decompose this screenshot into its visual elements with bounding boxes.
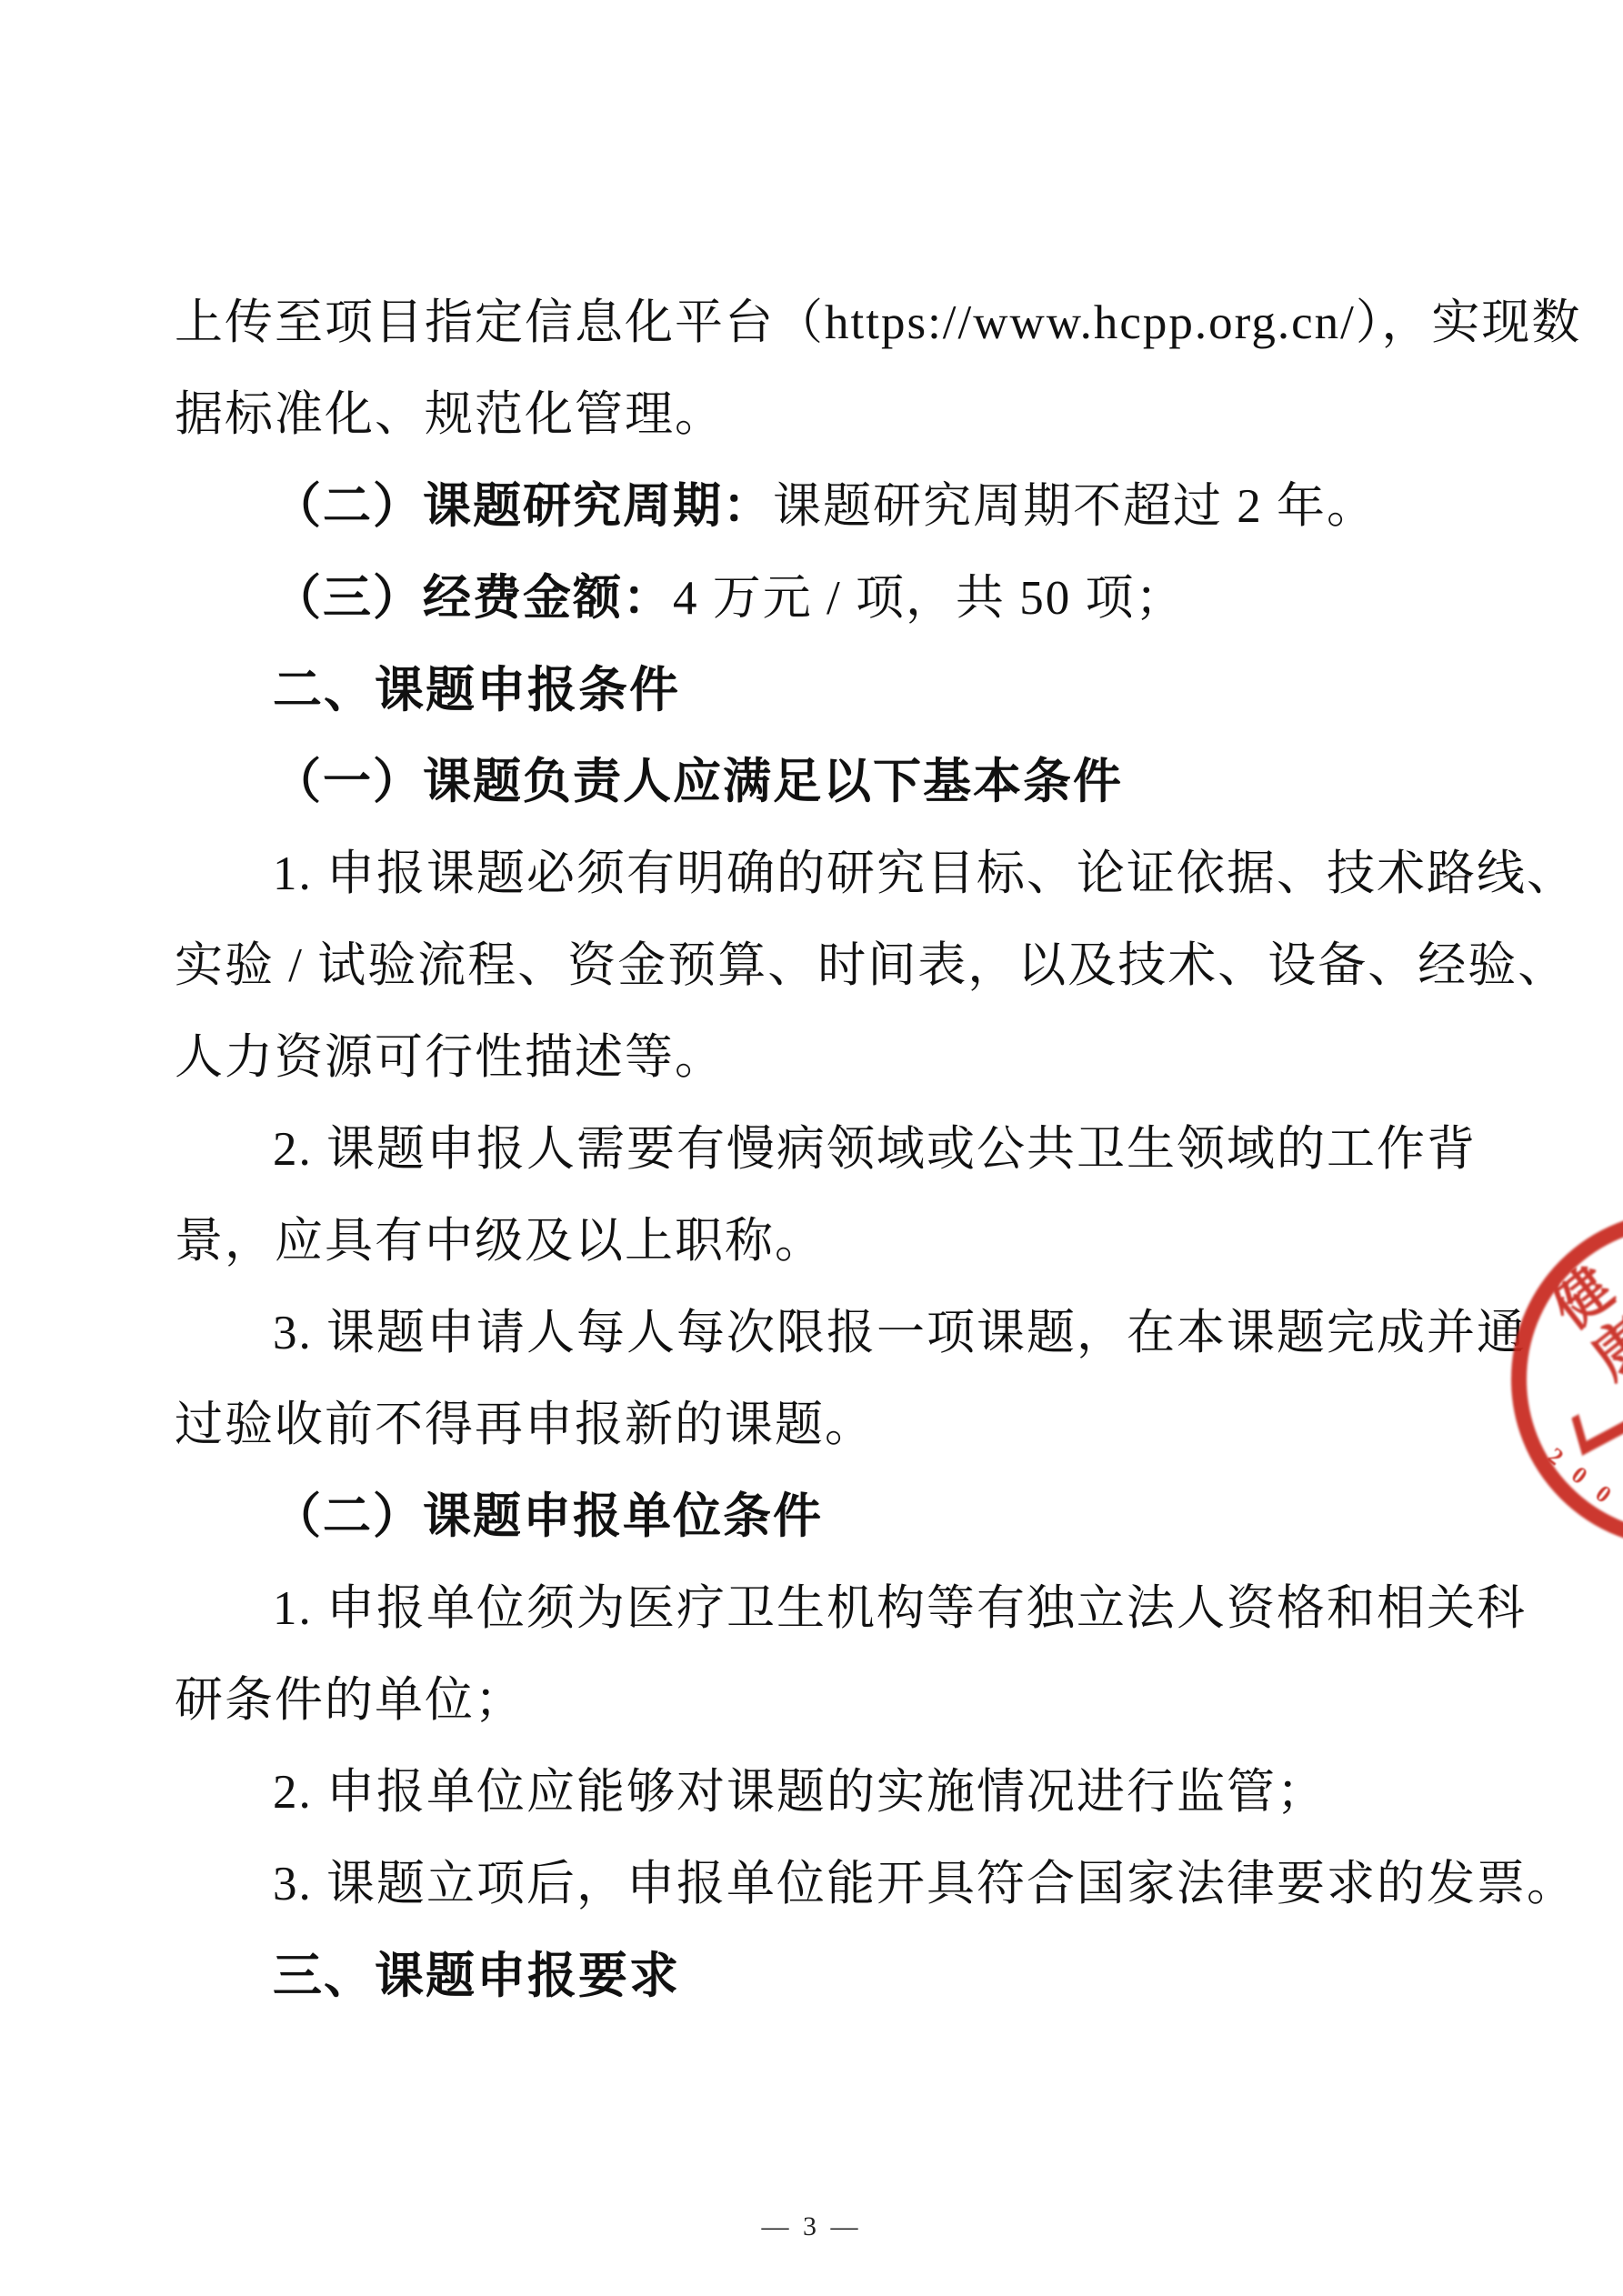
document-page: 上传至项目指定信息化平台（https://www.hcpp.org.cn/），实…	[0, 0, 1623, 2296]
funding-amount-label: （三）经费金额：	[273, 572, 673, 625]
document-body: 上传至项目指定信息化平台（https://www.hcpp.org.cn/），实…	[175, 277, 1470, 2022]
section-heading-application-requirements: 三、课题申报要求	[175, 1930, 1470, 2022]
research-period-label: （二）课题研究周期：	[273, 480, 773, 533]
section-heading-application-conditions: 二、课题申报条件	[175, 645, 1470, 737]
subheading-leader-conditions: （一）课题负责人应满足以下基本条件	[175, 737, 1470, 828]
funding-amount-text: 4 万元 / 项，共 50 项；	[673, 572, 1185, 625]
item1-leader-line2: 实验 / 试验流程、资金预算、时间表，以及技术、设备、经验、	[175, 920, 1470, 1012]
item3-unit: 3. 课题立项后，申报单位能开具符合国家法律要求的发票。	[175, 1839, 1470, 1930]
item1-leader-line3: 人力资源可行性描述等。	[175, 1012, 1470, 1104]
official-red-seal: 健康 2 0 0	[1511, 1211, 1623, 1548]
item1-unit-line2: 研条件的单位；	[175, 1655, 1470, 1747]
item3-leader-line1: 3. 课题申请人每人每次限报一项课题，在本课题完成并通	[175, 1288, 1470, 1379]
research-period-text: 课题研究周期不超过 2 年。	[773, 480, 1377, 533]
subheading-unit-conditions: （二）课题申报单位条件	[175, 1471, 1470, 1563]
item3-leader-line2: 过验收前不得再申报新的课题。	[175, 1379, 1470, 1471]
item2-unit: 2. 申报单位应能够对课题的实施情况进行监管；	[175, 1747, 1470, 1839]
paragraph-funding-amount: （三）经费金额：4 万元 / 项，共 50 项；	[175, 553, 1470, 645]
item2-leader-line1: 2. 课题申报人需要有慢病领域或公共卫生领域的工作背	[175, 1104, 1470, 1196]
paragraph-platform-line2: 据标准化、规范化管理。	[175, 369, 1470, 461]
paragraph-research-period: （二）课题研究周期：课题研究周期不超过 2 年。	[175, 461, 1470, 553]
page-number: — 3 —	[0, 2211, 1623, 2242]
item2-leader-line2: 景，应具有中级及以上职称。	[175, 1196, 1470, 1288]
paragraph-platform-line1: 上传至项目指定信息化平台（https://www.hcpp.org.cn/），实…	[175, 277, 1470, 369]
item1-unit-line1: 1. 申报单位须为医疗卫生机构等有独立法人资格和相关科	[175, 1563, 1470, 1655]
item1-leader-line1: 1. 申报课题必须有明确的研究目标、论证依据、技术路线、	[175, 828, 1470, 920]
